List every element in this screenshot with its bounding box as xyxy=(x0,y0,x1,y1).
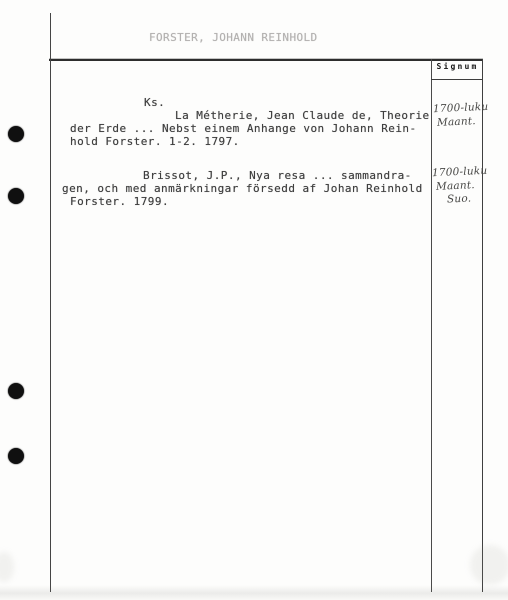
signum-header-underline xyxy=(431,79,482,80)
entry-1-line: hold Forster. 1-2. 1797. xyxy=(70,135,240,148)
entry-2-signum-line: Suo. xyxy=(447,192,472,205)
scan-smudge xyxy=(0,552,14,582)
entry-2-line: gen, och med anmärkningar försedd af Joh… xyxy=(62,182,423,195)
punch-hole xyxy=(8,383,24,399)
scan-edge-shadow xyxy=(0,585,508,600)
signum-column-left-rule xyxy=(431,59,432,592)
punch-hole xyxy=(8,126,24,142)
left-margin-rule xyxy=(50,13,52,592)
entry-2-line: Brissot, J.P., Nya resa ... sammandra- xyxy=(143,169,412,182)
entry-2-signum-line: 1700-luku xyxy=(432,165,488,179)
scan-smudge xyxy=(470,545,508,585)
table-top-rule xyxy=(49,59,483,62)
punch-hole xyxy=(8,448,24,464)
punch-hole xyxy=(8,188,24,204)
entry-1-signum-line: Maant. xyxy=(437,115,476,129)
entry-1-line: der Erde ... Nebst einem Anhange von Joh… xyxy=(70,122,417,135)
catalog-card-scan: FORSTER, JOHANN REINHOLD Signum Ks. La M… xyxy=(0,0,508,600)
entry-1-signum-line: 1700-luku xyxy=(433,101,489,115)
entry-1-prefix: Ks. xyxy=(144,96,165,109)
signum-column-right-rule xyxy=(482,59,484,592)
entry-1-line: La Métherie, Jean Claude de, Theorie xyxy=(175,109,430,122)
page-title: FORSTER, JOHANN REINHOLD xyxy=(149,31,318,44)
entry-2-line: Forster. 1799. xyxy=(70,195,169,208)
entry-2-signum-line: Maant. xyxy=(436,179,475,193)
signum-column-header: Signum xyxy=(431,62,482,71)
